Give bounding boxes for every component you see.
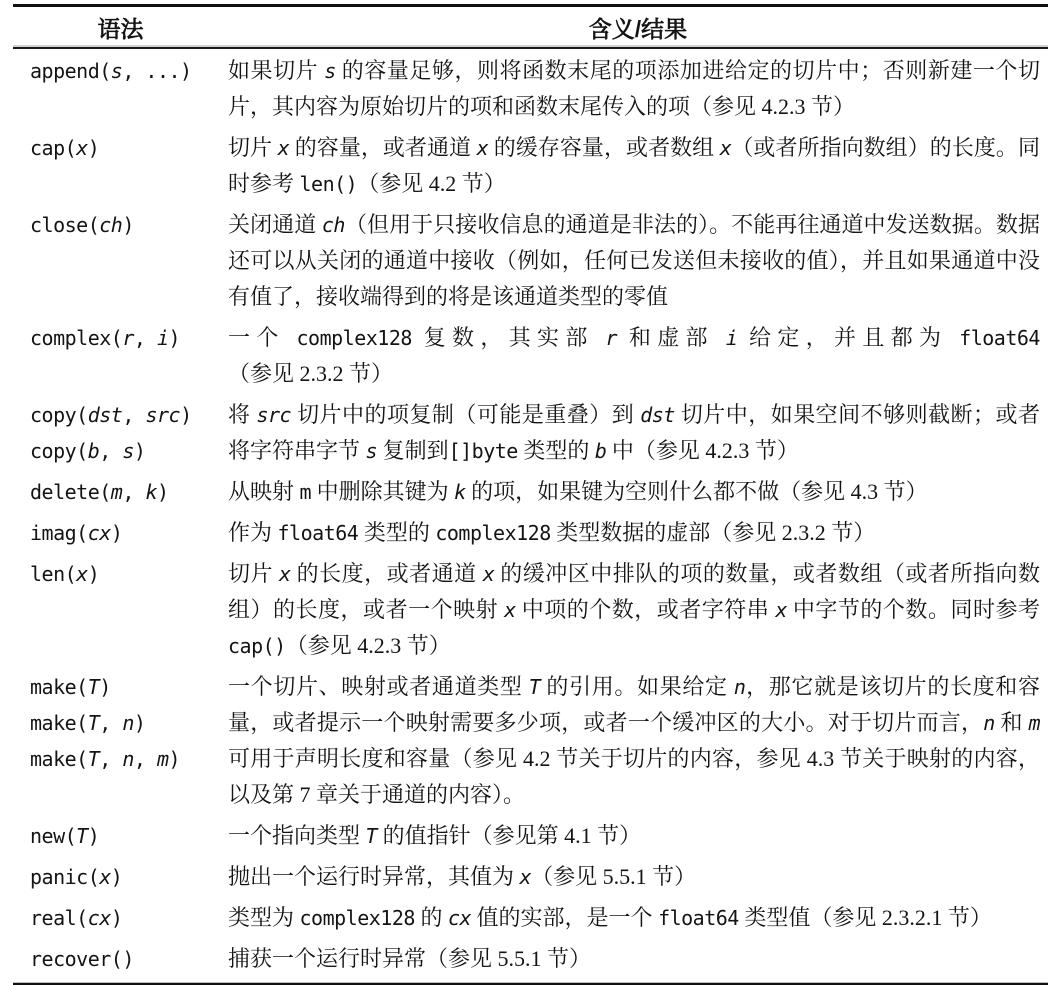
inline-code: )	[157, 480, 169, 504]
meaning-text: 类型数据的虚部（参见 2.3.2 节）	[551, 520, 876, 545]
meaning-text: 复制到	[377, 438, 449, 463]
meaning-text: 和虚部	[617, 325, 726, 350]
inline-code: i	[157, 326, 169, 350]
meaning-text: 的长度，或者通道	[291, 561, 483, 586]
meaning-text: 的缓存容量，或者数组	[488, 135, 720, 160]
inline-code: x	[775, 598, 787, 622]
meaning-text: 抛出一个运行时异常，其值为	[228, 864, 520, 889]
inline-code: x	[483, 562, 495, 586]
meaning-text: 切片中的项复制（可能是重叠）到	[291, 402, 640, 427]
table-body: append(s, ...)如果切片 s 的容量足够，则将函数末尾的项添加进给定…	[13, 49, 1048, 983]
inline-code: ,	[134, 326, 157, 350]
syntax-code: len(x)	[30, 556, 228, 592]
inline-code: T	[88, 675, 100, 699]
inline-code: m	[300, 480, 312, 504]
inline-code: float64	[959, 326, 1040, 350]
meaning-text: 作为	[228, 520, 278, 545]
inline-code: T	[76, 824, 88, 848]
syntax-code: copy(dst, src)	[30, 397, 228, 433]
meaning-cell: 一个 complex128 复数，其实部 r 和虚部 i 给定，并且都为 flo…	[228, 320, 1048, 392]
inline-code: src	[145, 403, 180, 427]
meaning-text: 的容量足够，则将函数末尾的项添加进给定的切片中；否则新建一个切片，其内容为原始切…	[228, 58, 1040, 119]
inline-code: complex128	[435, 521, 550, 545]
inline-code: ,	[122, 403, 145, 427]
inline-code: n	[122, 711, 134, 735]
meaning-text: 值的实部，是一个	[471, 905, 658, 930]
meaning-cell: 抛出一个运行时异常，其值为 x（参见 5.5.1 节）	[228, 859, 1048, 895]
meaning-text: 的引用。如果给定	[540, 674, 734, 699]
inline-code: append(	[30, 59, 111, 83]
inline-code: n	[983, 711, 995, 735]
syntax-code: append(s, ...)	[30, 53, 228, 89]
inline-code: )	[99, 675, 111, 699]
inline-code: ,	[122, 480, 145, 504]
inline-code: )	[122, 213, 134, 237]
syntax-cell: copy(dst, src)copy(b, s)	[13, 397, 228, 469]
inline-code: x	[278, 136, 290, 160]
meaning-cell: 将 src 切片中的项复制（可能是重叠）到 dst 切片中，如果空间不够则截断；…	[228, 397, 1048, 469]
table-header-row: 语法 含义/结果	[13, 7, 1048, 47]
inline-code: r	[122, 326, 134, 350]
builtin-functions-table: 语法 含义/结果 append(s, ...)如果切片 s 的容量足够，则将函数…	[13, 4, 1048, 985]
meaning-text: 中项的个数，或者字符串	[516, 597, 776, 622]
syntax-code: close(ch)	[30, 207, 228, 243]
meaning-text: （但用于只接收信息的通道是非法的）。不能再往通道中发送数据。数据还可以从关闭的通…	[228, 212, 1040, 309]
meaning-text: 的容量，或者通道	[289, 135, 476, 160]
inline-code: s	[324, 59, 336, 83]
inline-code: x	[279, 562, 291, 586]
inline-code: )	[134, 439, 146, 463]
inline-code: x	[520, 865, 532, 889]
meaning-text: 捕获一个运行时异常（参见 5.5.1 节）	[228, 946, 591, 971]
inline-code: x	[720, 136, 732, 160]
syntax-cell: real(cx)	[13, 900, 228, 936]
inline-code: cap()	[228, 634, 286, 658]
inline-code: k	[454, 480, 466, 504]
meaning-text: 类型的	[358, 520, 435, 545]
syntax-cell: new(T)	[13, 818, 228, 854]
inline-code: x	[504, 598, 516, 622]
meaning-cell: 一个切片、映射或者通道类型 T 的引用。如果给定 n，那它就是该切片的长度和容量…	[228, 669, 1048, 813]
meaning-text: 可用于声明长度和容量（参见 4.2 节关于切片的内容，参见 4.3 节关于映射的…	[228, 746, 1040, 807]
column-header-syntax: 语法	[13, 11, 228, 44]
inline-code: copy(	[30, 403, 88, 427]
inline-code: )	[88, 824, 100, 848]
syntax-cell: panic(x)	[13, 859, 228, 895]
inline-code: ,	[99, 711, 122, 735]
inline-code: dst	[640, 403, 675, 427]
inline-code: ,	[99, 747, 122, 771]
table-row: delete(m, k)从映射 m 中删除其键为 k 的项，如果键为空则什么都不…	[13, 474, 1048, 510]
inline-code: delete(	[30, 480, 111, 504]
inline-code: )	[169, 747, 181, 771]
syntax-cell: len(x)	[13, 556, 228, 664]
meaning-text: 的项，如果键为空则什么都不做（参见 4.3 节）	[466, 479, 928, 504]
meaning-text: 关闭通道	[228, 212, 322, 237]
inline-code: close(	[30, 213, 99, 237]
inline-code: cx	[448, 906, 471, 930]
table-row: len(x)切片 x 的长度，或者通道 x 的缓冲区中排队的项的数量，或者数组（…	[13, 556, 1048, 664]
inline-code: T	[529, 675, 541, 699]
syntax-code: imag(cx)	[30, 515, 228, 551]
inline-code: )	[180, 403, 192, 427]
syntax-code: make(T, n, m)	[30, 741, 228, 777]
syntax-cell: recover()	[13, 941, 228, 977]
meaning-text: 类型为	[228, 905, 300, 930]
meaning-cell: 捕获一个运行时异常（参见 5.5.1 节）	[228, 941, 1048, 977]
book-page: 语法 含义/结果 append(s, ...)如果切片 s 的容量足够，则将函数…	[0, 0, 1058, 985]
inline-code: x	[76, 562, 88, 586]
inline-code: dst	[88, 403, 123, 427]
column-header-meaning: 含义/结果	[228, 11, 1048, 44]
inline-code: n	[122, 747, 134, 771]
meaning-cell: 从映射 m 中删除其键为 k 的项，如果键为空则什么都不做（参见 4.3 节）	[228, 474, 1048, 510]
inline-code: )	[111, 906, 123, 930]
syntax-code: new(T)	[30, 818, 228, 854]
meaning-text: 一个	[228, 325, 296, 350]
inline-code: make(	[30, 675, 88, 699]
inline-code: k	[145, 480, 157, 504]
table-row: recover()捕获一个运行时异常（参见 5.5.1 节）	[13, 941, 1048, 977]
meaning-text: 从映射	[228, 479, 300, 504]
inline-code: ch	[99, 213, 122, 237]
inline-code: panic(	[30, 865, 99, 889]
table-row: copy(dst, src)copy(b, s)将 src 切片中的项复制（可能…	[13, 397, 1048, 469]
inline-code: s	[366, 439, 378, 463]
inline-code: src	[256, 403, 291, 427]
inline-code: complex128	[296, 326, 411, 350]
meaning-text: 如果切片	[228, 58, 324, 83]
inline-code: b	[88, 439, 100, 463]
syntax-code: copy(b, s)	[30, 433, 228, 469]
inline-code: new(	[30, 824, 76, 848]
inline-code: complex(	[30, 326, 122, 350]
meaning-cell: 切片 x 的容量，或者通道 x 的缓存容量，或者数组 x（或者所指向数组）的长度…	[228, 130, 1048, 202]
inline-code: real(	[30, 906, 88, 930]
inline-code: T	[88, 747, 100, 771]
inline-code: )	[111, 865, 123, 889]
syntax-code: cap(x)	[30, 130, 228, 166]
meaning-text: 类型的	[518, 438, 595, 463]
meaning-text: 中（参见 4.2.3 节）	[606, 438, 799, 463]
table-row: append(s, ...)如果切片 s 的容量足够，则将函数末尾的项添加进给定…	[13, 53, 1048, 125]
inline-code: )	[88, 562, 100, 586]
meaning-text: 一个指向类型	[228, 823, 366, 848]
meaning-text: 将	[228, 402, 256, 427]
table-row: complex(r, i)一个 complex128 复数，其实部 r 和虚部 …	[13, 320, 1048, 392]
meaning-text: 中删除其键为	[311, 479, 454, 504]
meaning-text: 切片	[228, 135, 278, 160]
meaning-cell: 作为 float64 类型的 complex128 类型数据的虚部（参见 2.3…	[228, 515, 1048, 551]
table-row: real(cx)类型为 complex128 的 cx 值的实部，是一个 flo…	[13, 900, 1048, 936]
meaning-text: （参见 4.2 节）	[357, 171, 506, 196]
inline-code: x	[477, 136, 489, 160]
syntax-cell: imag(cx)	[13, 515, 228, 551]
inline-code: s	[111, 59, 123, 83]
inline-code: m	[1028, 711, 1040, 735]
inline-code: make(	[30, 747, 88, 771]
meaning-text: 中字节的个数。同时参考	[787, 597, 1040, 622]
inline-code: n	[734, 675, 746, 699]
inline-code: recover()	[30, 947, 134, 971]
syntax-cell: make(T)make(T, n)make(T, n, m)	[13, 669, 228, 813]
inline-code: imag(	[30, 521, 88, 545]
inline-code: complex128	[300, 906, 415, 930]
meaning-text: 复数，其实部	[412, 325, 606, 350]
meaning-text: 给定，并且都为	[737, 325, 959, 350]
inline-code: T	[366, 824, 378, 848]
table-row: new(T)一个指向类型 T 的值指针（参见第 4.1 节）	[13, 818, 1048, 854]
syntax-cell: append(s, ...)	[13, 53, 228, 125]
inline-code: []byte	[449, 439, 518, 463]
meaning-cell: 如果切片 s 的容量足够，则将函数末尾的项添加进给定的切片中；否则新建一个切片，…	[228, 53, 1048, 125]
syntax-code: complex(r, i)	[30, 320, 228, 356]
inline-code: copy(	[30, 439, 88, 463]
table-row: cap(x)切片 x 的容量，或者通道 x 的缓存容量，或者数组 x（或者所指向…	[13, 130, 1048, 202]
inline-code: len()	[300, 172, 358, 196]
syntax-cell: complex(r, i)	[13, 320, 228, 392]
syntax-cell: cap(x)	[13, 130, 228, 202]
inline-code: len(	[30, 562, 76, 586]
inline-code: make(	[30, 711, 88, 735]
inline-code: )	[134, 711, 146, 735]
meaning-cell: 一个指向类型 T 的值指针（参见第 4.1 节）	[228, 818, 1048, 854]
inline-code: )	[111, 521, 123, 545]
table-row: panic(x)抛出一个运行时异常，其值为 x（参见 5.5.1 节）	[13, 859, 1048, 895]
syntax-code: recover()	[30, 941, 228, 977]
inline-code: )	[169, 326, 181, 350]
inline-code: m	[157, 747, 169, 771]
meaning-text: （参见 5.5.1 节）	[531, 864, 696, 889]
meaning-text: （参见 2.3.2 节）	[228, 361, 393, 386]
meaning-cell: 类型为 complex128 的 cx 值的实部，是一个 float64 类型值…	[228, 900, 1048, 936]
inline-code: ,	[99, 439, 122, 463]
syntax-code: panic(x)	[30, 859, 228, 895]
inline-code: i	[726, 326, 738, 350]
syntax-code: real(cx)	[30, 900, 228, 936]
inline-code: r	[606, 326, 618, 350]
table-row: close(ch)关闭通道 ch（但用于只接收信息的通道是非法的）。不能再往通道…	[13, 207, 1048, 315]
meaning-text: 切片	[228, 561, 279, 586]
inline-code: x	[76, 136, 88, 160]
inline-code: cap(	[30, 136, 76, 160]
inline-code: , ...)	[122, 59, 191, 83]
inline-code: m	[111, 480, 123, 504]
inline-code: float64	[658, 906, 739, 930]
inline-code: b	[595, 439, 607, 463]
meaning-text: 的	[415, 905, 448, 930]
syntax-code: delete(m, k)	[30, 474, 228, 510]
meaning-text: （参见 4.2.3 节）	[286, 633, 451, 658]
table-row: imag(cx)作为 float64 类型的 complex128 类型数据的虚…	[13, 515, 1048, 551]
inline-code: float64	[278, 521, 359, 545]
syntax-cell: close(ch)	[13, 207, 228, 315]
meaning-cell: 关闭通道 ch（但用于只接收信息的通道是非法的）。不能再往通道中发送数据。数据还…	[228, 207, 1048, 315]
meaning-cell: 切片 x 的长度，或者通道 x 的缓冲区中排队的项的数量，或者数组（或者所指向数…	[228, 556, 1048, 664]
inline-code: ch	[322, 213, 345, 237]
inline-code: x	[99, 865, 111, 889]
inline-code: ,	[134, 747, 157, 771]
inline-code: )	[88, 136, 100, 160]
inline-code: s	[122, 439, 134, 463]
inline-code: cx	[88, 521, 111, 545]
meaning-text: 和	[995, 710, 1029, 735]
syntax-code: make(T, n)	[30, 705, 228, 741]
inline-code: cx	[88, 906, 111, 930]
syntax-cell: delete(m, k)	[13, 474, 228, 510]
meaning-text: 一个切片、映射或者通道类型	[228, 674, 529, 699]
table-row: make(T)make(T, n)make(T, n, m)一个切片、映射或者通…	[13, 669, 1048, 813]
meaning-text: 类型值（参见 2.3.2.1 节）	[739, 905, 992, 930]
syntax-code: make(T)	[30, 669, 228, 705]
inline-code: T	[88, 711, 100, 735]
meaning-text: 的值指针（参见第 4.1 节）	[377, 823, 641, 848]
